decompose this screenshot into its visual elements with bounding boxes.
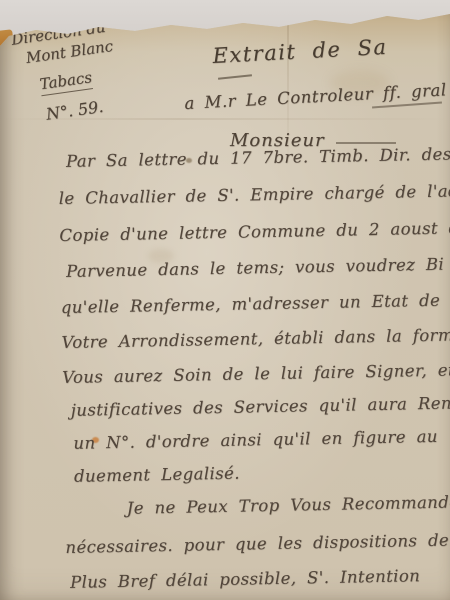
manuscript-line: Plus Bref délai possible, S'. Intention — [70, 566, 420, 592]
manuscript-line: Votre Arrondissement, établi dans la for… — [61, 325, 450, 352]
manuscript-line: Je ne Peux Trop Vous Recommander — [127, 492, 450, 518]
manuscript-line: Par Sa lettre du 17 7bre. Timb. Dir. des… — [66, 143, 450, 171]
photograph-frame: Direction du Mont Blanc Tabacs N°. 59. E… — [0, 0, 450, 600]
manuscript-line: justificatives des Services qu'il aura R… — [71, 393, 450, 420]
manuscript-line: Parvenue dans le tems; vous voudrez Bi — [66, 255, 444, 281]
manuscript-line: qu'elle Renferme, m'adresser un Etat de — [61, 291, 441, 317]
manuscript-line: un N°. d'ordre ainsi qu'il en figure au — [73, 427, 438, 453]
manuscript-line: Copie d'une lettre Commune du 2 aoust d — [59, 218, 450, 245]
manuscript-paper: Direction du Mont Blanc Tabacs N°. 59. E… — [0, 0, 450, 600]
manuscript-line: nécessaires. pour que les dispositions d… — [65, 530, 450, 557]
manuscript-line: Vous aurez Soin de le lui faire Signer, … — [62, 360, 450, 387]
manuscript-line: le Chavallier de S'. Empire chargé de l'… — [59, 181, 450, 208]
manuscript-line: duement Legalisé. — [74, 464, 240, 486]
letter-body: Par Sa lettre du 17 7bre. Timb. Dir. des… — [0, 0, 450, 600]
